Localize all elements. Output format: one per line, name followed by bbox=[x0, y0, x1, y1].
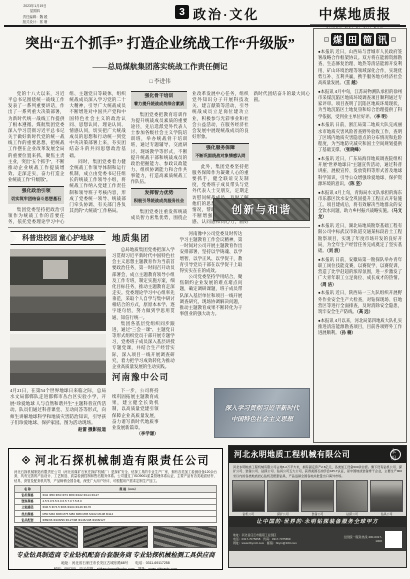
list-item: ●本报讯 近日，山西局与晋城市人民政府签署战略合作框架协议。双方将在能源资源勘查… bbox=[318, 49, 402, 86]
ad-contact-block: 地址：河北省任丘市雁翎工业园区 电话：0317-7075658 传真：0317-… bbox=[233, 533, 297, 546]
classroom-photo bbox=[10, 249, 106, 331]
ad-contact-line: 网址：www.hbymzt.com 邮箱：hbym@163.com bbox=[233, 541, 297, 545]
list-item: ●本报讯 4月中旬，江苏局物测队承担的徐州市采煤沉陷区地质环境调查项目顺利通过专… bbox=[318, 89, 402, 120]
ad-hotline-block: 全国统一服务热线 400-0317-1000 bbox=[340, 531, 402, 548]
column-subhead: 发挥智力优势 积极引导统战成员服务社会 bbox=[131, 188, 187, 206]
ad-title-row: 河北石探机械制造有限责任公司 bbox=[14, 452, 217, 468]
factory-logo-icon bbox=[21, 455, 31, 465]
meeting-room-photo bbox=[10, 334, 106, 385]
article-paragraph: 河南豫中公司党委及时传达学习主题教育工作会议精神，第一时间对公司开展主题教育作出… bbox=[180, 231, 243, 274]
qr-code-icon bbox=[385, 531, 402, 548]
warehouse-photo bbox=[370, 480, 403, 512]
service-hotline: 全国统一服务热线 400-0317-1000 bbox=[340, 535, 382, 543]
section-divider bbox=[8, 227, 310, 228]
masthead-title: 中煤地质报 bbox=[310, 3, 400, 23]
main-subtitle: ——总局煤航集团落实统战工作责任侧记 bbox=[12, 61, 308, 72]
ad-intro-text: 河北石探机械制造有限责任公司（河北省煤矿石家庄探矿机械厂）是探矿安全、钻探工具的… bbox=[14, 470, 217, 484]
list-item: ●本报讯 近日，广东局海洋地质调查院组织开展“世界地球日”主题宣传活动，通过科普… bbox=[318, 156, 402, 187]
brief-credit: （王 越） bbox=[344, 80, 360, 85]
date-block: 2023年1月19日 星期四 责任编辑：魏 媛 版式设计：郭 珊 bbox=[6, 4, 64, 26]
article-paragraph: 集团党委把教育培训作为提升统战成员素质的重要途径，先后选派党外代表人士参加各级社… bbox=[131, 112, 187, 186]
company-logo-icon: 永明 bbox=[390, 449, 401, 460]
column-subhead: 强化政治引领 切实筑牢团结奋斗思想基石 bbox=[8, 186, 64, 204]
subhead-line1: 强化骨干培训 bbox=[132, 94, 186, 101]
brief-credit: （陈 坚） bbox=[348, 181, 364, 186]
table-row: 钻具配套 Φ89/96 Φ108/96 Φ127/98 Φ146/108 Φ16… bbox=[15, 517, 217, 523]
company-section-title: 河南豫中公司 bbox=[112, 372, 175, 384]
list-item: ●本报讯 4月以来，河北局第四地质大队扎实推进清洁能源勘查项目，目前各项野外工作… bbox=[318, 318, 402, 337]
article-paragraph: 同时，集团党委着力健全统战工作领导体制和运行机制，成立由党委书记任组长的统战工作… bbox=[69, 159, 125, 214]
column-subhead: 强化骨干培训 着力提升统战成员综合素质 bbox=[131, 91, 187, 109]
brief-credit: （刘 波） bbox=[327, 248, 343, 253]
list-item: ●本报讯 近日，陕西局一三九队组织开展野外作业安全生产大检查，对钻探现场、驻地营… bbox=[318, 290, 402, 315]
briefs-title-char: 简 bbox=[361, 33, 374, 46]
subhead-line2: 不断巩固统战对象情感认同 bbox=[193, 153, 247, 159]
brief-text: ●本报讯 4月上旬，青海局水文队承担的海东市乐都区饮水安全巩固提升工程正式开钻施… bbox=[318, 190, 402, 214]
bracket-decoration-icon bbox=[391, 37, 396, 42]
innovation-harmony-banner: 创新与和谐 bbox=[213, 198, 310, 221]
ad-header-band: 河北永明地质工程机械有限公司 永明 bbox=[229, 446, 406, 463]
ad-slogan: 专业钻具制造商 专业钻机配套台套服务商 专业钻探机械检测工具供应商 bbox=[14, 550, 217, 559]
slogan-line2: 中国特色社会主义思想 bbox=[231, 414, 293, 423]
briefs-title-char: 讯 bbox=[376, 33, 389, 46]
photo-cell: 钻探公司 bbox=[336, 480, 369, 516]
photo-caption: 钻具公司 bbox=[370, 512, 403, 516]
study-slogan-banner: 深入学习贯彻习近平新时代 中国特色社会主义思想 bbox=[214, 388, 310, 438]
ad-contact-block: 地址：河北省石家庄市长安区古城东路68号 电话：0311-69117258 邮编… bbox=[14, 561, 217, 570]
drill-rod-photo bbox=[83, 526, 147, 548]
header-rule bbox=[4, 25, 406, 27]
ad-intro-text: 河北永明地质工程机械有限公司占地6.2万平方米，拥有固定资产2.6亿元，各类加工… bbox=[229, 463, 406, 479]
brief-credit: （孙 楠） bbox=[339, 330, 355, 335]
drilling-site-photo bbox=[336, 480, 369, 512]
photo-feature-ribbon: 科普进校园 童心护地球 bbox=[10, 231, 106, 245]
briefs-title-char: 田 bbox=[346, 33, 359, 46]
photo-caption: 装备公司 bbox=[301, 512, 334, 516]
ad-slogan-band: 让中国的·世界的·永明钻探装备服务全球甲方 bbox=[229, 516, 406, 527]
briefs-title: 煤 田 简 讯 bbox=[318, 33, 402, 46]
brief-credit: （李 明） bbox=[374, 114, 390, 119]
drill-rig-photo bbox=[232, 480, 265, 512]
list-item: ●本报讯 日前，浙江局第二地质大队完成丽水市地质灾害风险普查野外验收工作，查明了… bbox=[318, 122, 402, 153]
ad-contact-band: 地址：河北省任丘市雁翎工业园区 电话：0317-7075658 传真：0317-… bbox=[229, 527, 406, 551]
product-photo-row: 钻机公司 探矿公司 装备公司 钻探公司 钻具公司 bbox=[229, 479, 406, 516]
briefs-title-char: 煤 bbox=[331, 33, 344, 46]
drill-rod-photo bbox=[14, 526, 78, 548]
article-paragraph: 总局地质集团党委把深入学习贯彻习近平新时代中国特色社会主义思想主题教育作为当前首… bbox=[112, 247, 175, 321]
newspaper-page: 2023年1月19日 星期四 责任编辑：魏 媛 版式设计：郭 珊 3 政治·文化… bbox=[0, 0, 410, 579]
photo-caption: 钻探公司 bbox=[336, 512, 369, 516]
drill-tool-photo bbox=[153, 526, 217, 548]
photographer-credit: 赵雷 摄影报道 bbox=[10, 427, 106, 433]
photo-caption: 探矿公司 bbox=[267, 512, 300, 516]
article-paragraph: 公司党委坚持学用结合，聚焦制约企业发展的难点堵点问题，确定调研课题，班子成员带队… bbox=[180, 274, 243, 317]
slogan-line1: 深入学习贯彻习近平新时代 bbox=[225, 403, 299, 412]
product-spec-table: 名 称 规 格（mm） 钻杆规格 Φ42 Φ50 Φ60 Φ73 Φ89 Φ10… bbox=[14, 485, 217, 523]
main-headline: 突出“五个抓手” 打造企业统战工作“升级版” bbox=[12, 33, 308, 53]
product-photo-row bbox=[14, 526, 217, 548]
brief-text: ●本报讯 4月以来，河北局第四地质大队扎实推进清洁能源勘查项目，目前各项野外工作… bbox=[318, 318, 402, 335]
photo-caption: 4月21日，在第54个世界地球日来临之际，总局水文局邯郸队走进邯郸市丛台区实验小… bbox=[10, 388, 106, 443]
byline: □ 李进伟 bbox=[12, 77, 308, 85]
brief-credit: （周 洁） bbox=[318, 282, 336, 287]
section-title: 政治·文化 bbox=[193, 4, 259, 23]
caption-text: 4月21日，在第54个世界地球日来临之际，总局水文局邯郸队走进邯郸市丛台区实验小… bbox=[10, 388, 106, 425]
table-cell-value: Φ89/96 Φ108/96 Φ127/98 Φ146/108 Φ168/127 bbox=[41, 517, 217, 523]
brief-credit: （高 远） bbox=[357, 309, 373, 314]
article-paragraph: 党的十八大以来，习近平总书记围绕统一战线工作发表了一系列重要讲话，作出了一系列重… bbox=[8, 91, 64, 183]
article-paragraph: 下一步，公司将持续巩固拓展主题教育成果，建立健全长效机制，以高质量党建引领保障企… bbox=[112, 388, 159, 431]
photo-caption: 钻机公司 bbox=[232, 512, 265, 516]
subhead-line2: 积极引导统战成员服务社会 bbox=[132, 198, 186, 204]
theme-education-article: 地质集团 总局地质集团党委把深入学习贯彻习近平新时代中国特色社会主义思想主题教育… bbox=[112, 231, 310, 384]
briefs-list: ●本报讯 近日，山西局与晋城市人民政府签署战略合作框架协议。双方将在能源资源勘查… bbox=[318, 49, 402, 336]
subhead-line1: 强化服务保障 bbox=[193, 146, 247, 153]
bracket-decoration-icon bbox=[324, 37, 329, 42]
photo-cell: 装备公司 bbox=[301, 480, 334, 516]
photo-cell: 探矿公司 bbox=[267, 480, 300, 516]
list-item: ●本报讯 近日，湖北局地质勘察基础工程有限公司中标武汉市轨道交通某标段岩土工程勘… bbox=[318, 223, 402, 254]
ad-company-name: 河北石探机械制造有限责任公司 bbox=[35, 452, 210, 468]
workshop-photo bbox=[267, 480, 300, 512]
page-number-badge: 3 bbox=[175, 5, 189, 19]
photo-cell: 钻机公司 bbox=[232, 480, 265, 516]
brief-text: ●本报讯 日前，安徽局第一勘探队举办青年职工岗位技能竞赛，以赛促学、以赛促训，营… bbox=[318, 257, 402, 281]
shitan-machinery-ad: 河北石探机械制造有限责任公司 河北石探机械制造有限责任公司（河北省煤矿石家庄探矿… bbox=[8, 448, 223, 570]
company-section-title: 地质集团 bbox=[112, 233, 175, 245]
article-paragraph: 集团各基层党组织同步跟进，通过“三会一课”、主题党日等形式组织党员干部开展专题学… bbox=[112, 321, 175, 370]
yongming-machinery-ad: 河北永明地质工程机械有限公司 永明 河北永明地质工程机械有限公司占地6.2万平方… bbox=[228, 445, 407, 568]
list-item: ●本报讯 4月上旬，青海局水文队承担的海东市乐都区饮水安全巩固提升工程正式开钻施… bbox=[318, 190, 402, 221]
ad-company-name: 河北永明地质工程机械有限公司 bbox=[234, 449, 350, 460]
subhead-line2: 着力提升统战成员综合素质 bbox=[132, 101, 186, 107]
coalfield-briefs-sidebar: 煤 田 简 讯 ●本报讯 近日，山西局与晋城市人民政府签署战略合作框架协议。双方… bbox=[313, 28, 407, 443]
theme-education-article-tail: 下一步，公司将持续巩固拓展主题教育成果，建立健全长效机制，以高质量党建引领保障企… bbox=[112, 388, 210, 443]
ad-contact-line: 邮编：050200 电子信箱：shitanchang@sohu.com 网址：w… bbox=[14, 567, 217, 570]
equipment-photo bbox=[301, 480, 334, 512]
photo-cell: 钻具公司 bbox=[370, 480, 403, 516]
column-subhead: 强化服务保障 不断巩固统战对象情感认同 bbox=[192, 143, 248, 161]
list-item: ●本报讯 日前，安徽局第一勘探队举办青年职工岗位技能竞赛，以赛促学、以赛促训，营… bbox=[318, 257, 402, 288]
table-cell-label: 钻具配套 bbox=[15, 517, 41, 523]
subhead-line2: 切实筑牢团结奋斗思想基石 bbox=[9, 196, 63, 202]
author-credit: （李学谦） bbox=[112, 431, 159, 437]
brief-credit: （张晓峰） bbox=[344, 147, 363, 152]
